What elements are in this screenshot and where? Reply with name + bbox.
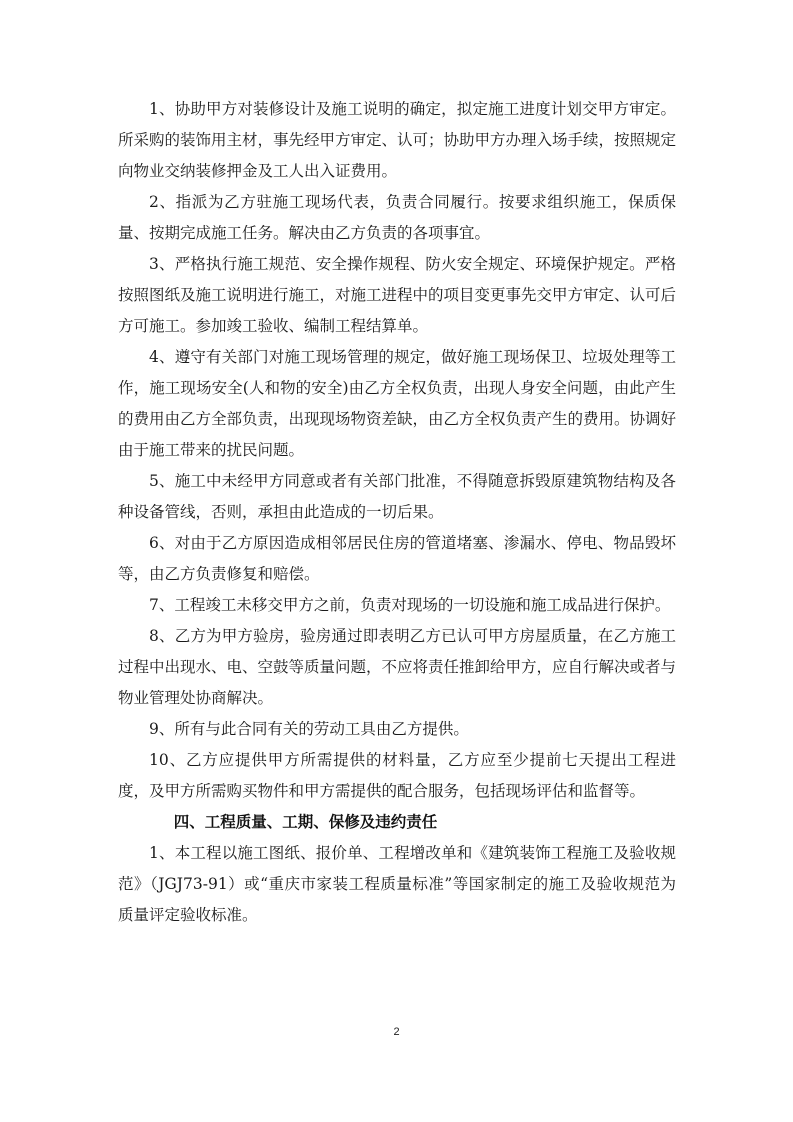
section-paragraph-1: 1、本工程以施工图纸、报价单、工程增改单和《建筑装饰工程施工及验收规范》（JGJ… [118,838,676,931]
paragraph-item-9: 9、所有与此合同有关的劳动工具由乙方提供。 [118,714,676,745]
page-number: 2 [0,1026,793,1038]
paragraph-item-1: 1、协助甲方对装修设计及施工说明的确定，拟定施工进度计划交甲方审定。所采购的装饰… [118,94,676,187]
paragraph-item-5: 5、施工中未经甲方同意或者有关部门批准，不得随意拆毁原建筑物结构及各种设备管线，… [118,466,676,528]
paragraph-item-2: 2、指派为乙方驻施工现场代表，负责合同履行。按要求组织施工，保质保量、按期完成施… [118,187,676,249]
paragraph-item-10: 10、乙方应提供甲方所需提供的材料量，乙方应至少提前七天提出工程进度，及甲方所需… [118,745,676,807]
document-page: 1、协助甲方对装修设计及施工说明的确定，拟定施工进度计划交甲方审定。所采购的装饰… [0,0,793,1122]
section-heading: 四、工程质量、工期、保修及违约责任 [118,807,676,838]
paragraph-item-4: 4、遵守有关部门对施工现场管理的规定，做好施工现场保卫、垃圾处理等工作，施工现场… [118,342,676,466]
page-body: 1、协助甲方对装修设计及施工说明的确定，拟定施工进度计划交甲方审定。所采购的装饰… [118,94,676,931]
paragraph-item-7: 7、工程竣工未移交甲方之前，负责对现场的一切设施和施工成品进行保护。 [118,590,676,621]
paragraph-item-3: 3、严格执行施工规范、安全操作规程、防火安全规定、环境保护规定。严格按照图纸及施… [118,249,676,342]
paragraph-item-6: 6、对由于乙方原因造成相邻居民住房的管道堵塞、渗漏水、停电、物品毁坏等，由乙方负… [118,528,676,590]
paragraph-item-8: 8、乙方为甲方验房，验房通过即表明乙方已认可甲方房屋质量，在乙方施工过程中出现水… [118,621,676,714]
